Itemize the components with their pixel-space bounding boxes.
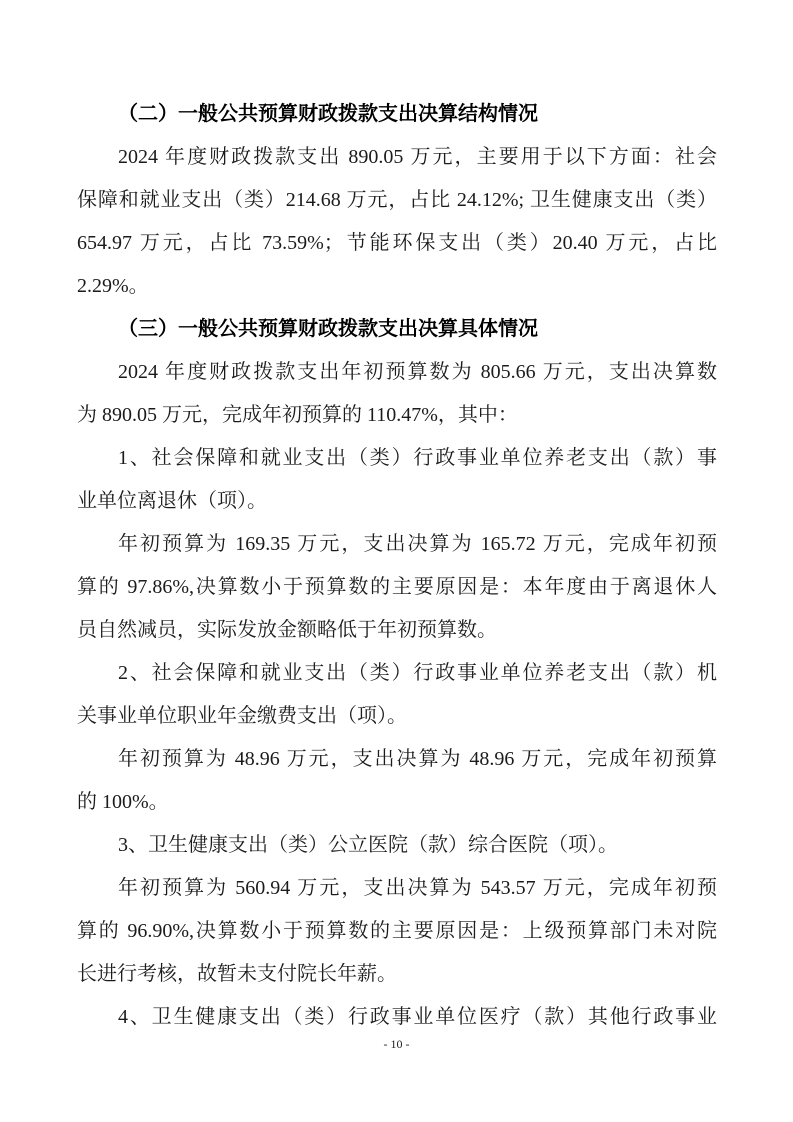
document-body: （二）一般公共预算财政拨款支出决算结构情况 2024 年度财政拨款支出 890.… [77, 93, 717, 1039]
text-line-6: 2024 年度财政拨款支出年初预算数为 805.66 万元，支出决算数 [77, 351, 717, 394]
text-line-16: 的 100%。 [77, 781, 717, 824]
text-line-9: 业单位离退休（项）。 [77, 480, 717, 523]
document-page: （二）一般公共预算财政拨款支出决算结构情况 2024 年度财政拨款支出 890.… [0, 0, 793, 1122]
text-line-14: 关事业单位职业年金缴费支出（项）。 [77, 695, 717, 738]
text-line-11: 算的 97.86%,决算数小于预算数的主要原因是：本年度由于离退休人 [77, 566, 717, 609]
text-line-17: 3、卫生健康支出（类）公立医院（款）综合医院（项）。 [77, 824, 717, 867]
text-line-20: 长进行考核，故暂未支付院长年薪。 [77, 953, 717, 996]
text-line-4: 2.29%。 [77, 265, 717, 308]
text-line-19: 算的 96.90%,决算数小于预算数的主要原因是：上级预算部门未对院 [77, 910, 717, 953]
text-line-18: 年初预算为 560.94 万元，支出决算为 543.57 万元，完成年初预 [77, 867, 717, 910]
text-line-21: 4、卫生健康支出（类）行政事业单位医疗（款）其他行政事业 [77, 996, 717, 1039]
text-line-12: 员自然减员，实际发放金额略低于年初预算数。 [77, 609, 717, 652]
text-line-7: 为 890.05 万元，完成年初预算的 110.47%，其中： [77, 394, 717, 437]
page-footer: - 10 - [0, 1037, 793, 1052]
section-heading-2: （二）一般公共预算财政拨款支出决算结构情况 [77, 93, 717, 136]
section-heading-3: （三）一般公共预算财政拨款支出决算具体情况 [77, 308, 717, 351]
text-line-10: 年初预算为 169.35 万元，支出决算为 165.72 万元，完成年初预 [77, 523, 717, 566]
text-line-13: 2、社会保障和就业支出（类）行政事业单位养老支出（款）机 [77, 652, 717, 695]
text-line-8: 1、社会保障和就业支出（类）行政事业单位养老支出（款）事 [77, 437, 717, 480]
page-number: - 10 - [384, 1037, 410, 1051]
text-line-2: 保障和就业支出（类）214.68 万元，占比 24.12%; 卫生健康支出（类） [77, 179, 717, 222]
text-line-1: 2024 年度财政拨款支出 890.05 万元，主要用于以下方面：社会 [77, 136, 717, 179]
text-line-3: 654.97 万元，占比 73.59%；节能环保支出（类）20.40 万元，占比 [77, 222, 717, 265]
text-line-15: 年初预算为 48.96 万元，支出决算为 48.96 万元，完成年初预算 [77, 738, 717, 781]
